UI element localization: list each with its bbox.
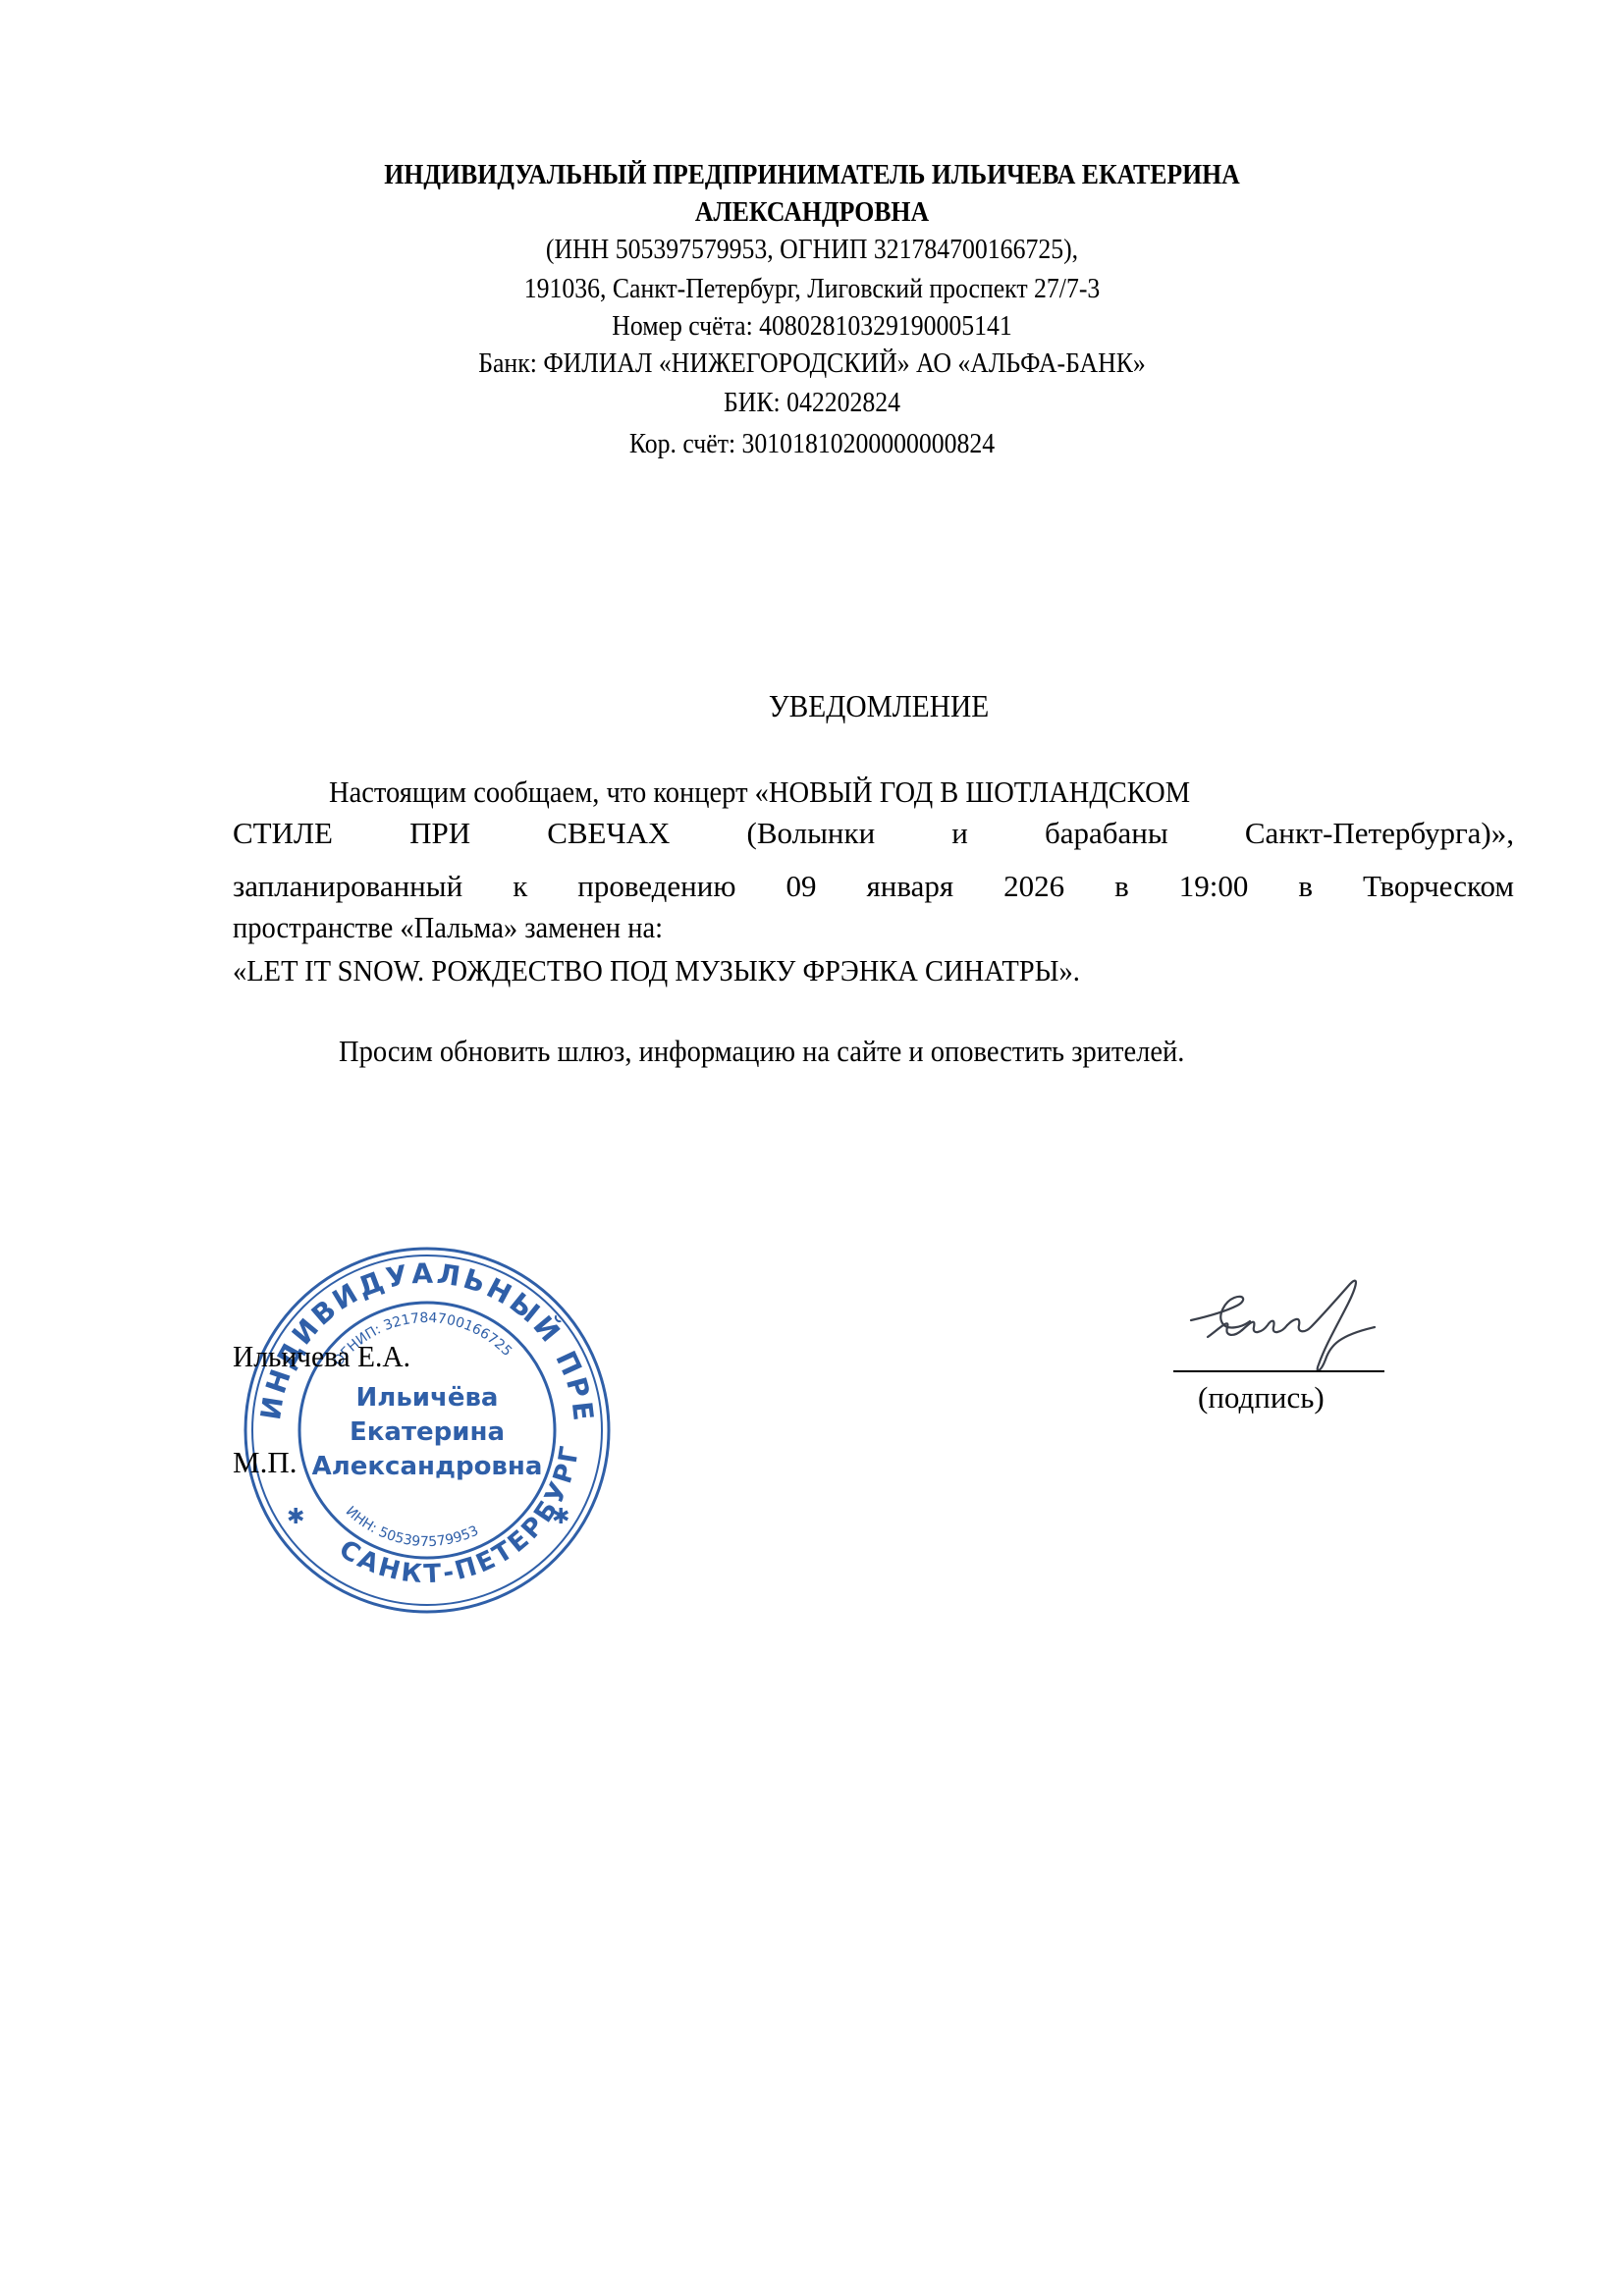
word: ПРИ	[409, 813, 470, 854]
word: января	[867, 866, 954, 907]
word: 19:00	[1179, 866, 1249, 907]
header-title-line1: ИНДИВИДУАЛЬНЫЙ ПРЕДПРИНИМАТЕЛЬ ИЛЬИЧЕВА …	[65, 157, 1559, 194]
word: и	[951, 813, 968, 854]
word: в	[1298, 866, 1313, 907]
header-ids: (ИНН 505397579953, ОГНИП 321784700166725…	[65, 232, 1559, 269]
notice-para1-line3: запланированныйкпроведению09января2026в1…	[233, 866, 1514, 907]
word: Творческом	[1363, 866, 1514, 907]
notice-para1-line4: пространстве «Пальма» заменен на:	[233, 907, 663, 948]
seal-label: М.П.	[233, 1443, 297, 1482]
word: (Волынки	[747, 813, 876, 854]
word: барабаны	[1045, 813, 1168, 854]
notice-replacement-title: «LET IT SNOW. РОЖДЕСТВО ПОД МУЗЫКУ ФРЭНК…	[233, 950, 1080, 991]
notice-para2: Просим обновить шлюз, информацию на сайт…	[339, 1031, 1184, 1072]
header-address: 191036, Санкт-Петербург, Лиговский просп…	[65, 271, 1559, 308]
header-bik: БИК: 042202824	[65, 385, 1559, 422]
stamp-inn-text: ИНН: 505397579953	[343, 1504, 481, 1550]
stamp-center-line3: Александровна	[312, 1452, 543, 1481]
signature-line	[1173, 1370, 1384, 1372]
stamp-star-right: ✱	[552, 1505, 569, 1529]
word: 09	[786, 866, 817, 907]
handwritten-signature	[1173, 1276, 1399, 1384]
signature-caption: (подпись)	[1198, 1378, 1325, 1417]
word: 2026	[1003, 866, 1064, 907]
stamp-star-left: ✱	[287, 1505, 304, 1529]
word: в	[1114, 866, 1129, 907]
word: Санкт-Петербурга)»,	[1245, 813, 1514, 854]
header-title-line2: АЛЕКСАНДРОВНА	[65, 194, 1559, 232]
notice-para1-line2: СТИЛЕПРИСВЕЧАХ(ВолынкиибарабаныСанкт-Пет…	[233, 813, 1514, 854]
word: к	[513, 866, 527, 907]
word: СТИЛЕ	[233, 813, 333, 854]
stamp-center-line2: Екатерина	[350, 1417, 505, 1447]
stamp-center-line1: Ильичёва	[356, 1383, 499, 1413]
word: СВЕЧАХ	[547, 813, 670, 854]
header-corr-account: Кор. счёт: 30101810200000000824	[65, 426, 1559, 463]
header-bank: Банк: ФИЛИАЛ «НИЖЕГОРОДСКИЙ» АО «АЛЬФА-Б…	[65, 346, 1559, 383]
signatory-name: Ильичева Е.А.	[233, 1337, 410, 1376]
company-seal-stamp: ИНДИВИДУАЛЬНЫЙ ПРЕДПРИНИМАТЕЛЬ САНКТ-ПЕТ…	[236, 1239, 619, 1622]
header-account: Номер счёта: 40802810329190005141	[65, 308, 1559, 346]
notice-para1-line1: Настоящим сообщаем, что концерт «НОВЫЙ Г…	[329, 772, 1190, 813]
word: запланированный	[233, 866, 462, 907]
word: проведению	[577, 866, 735, 907]
notice-heading: УВЕДОМЛЕНИЕ	[132, 687, 1624, 724]
